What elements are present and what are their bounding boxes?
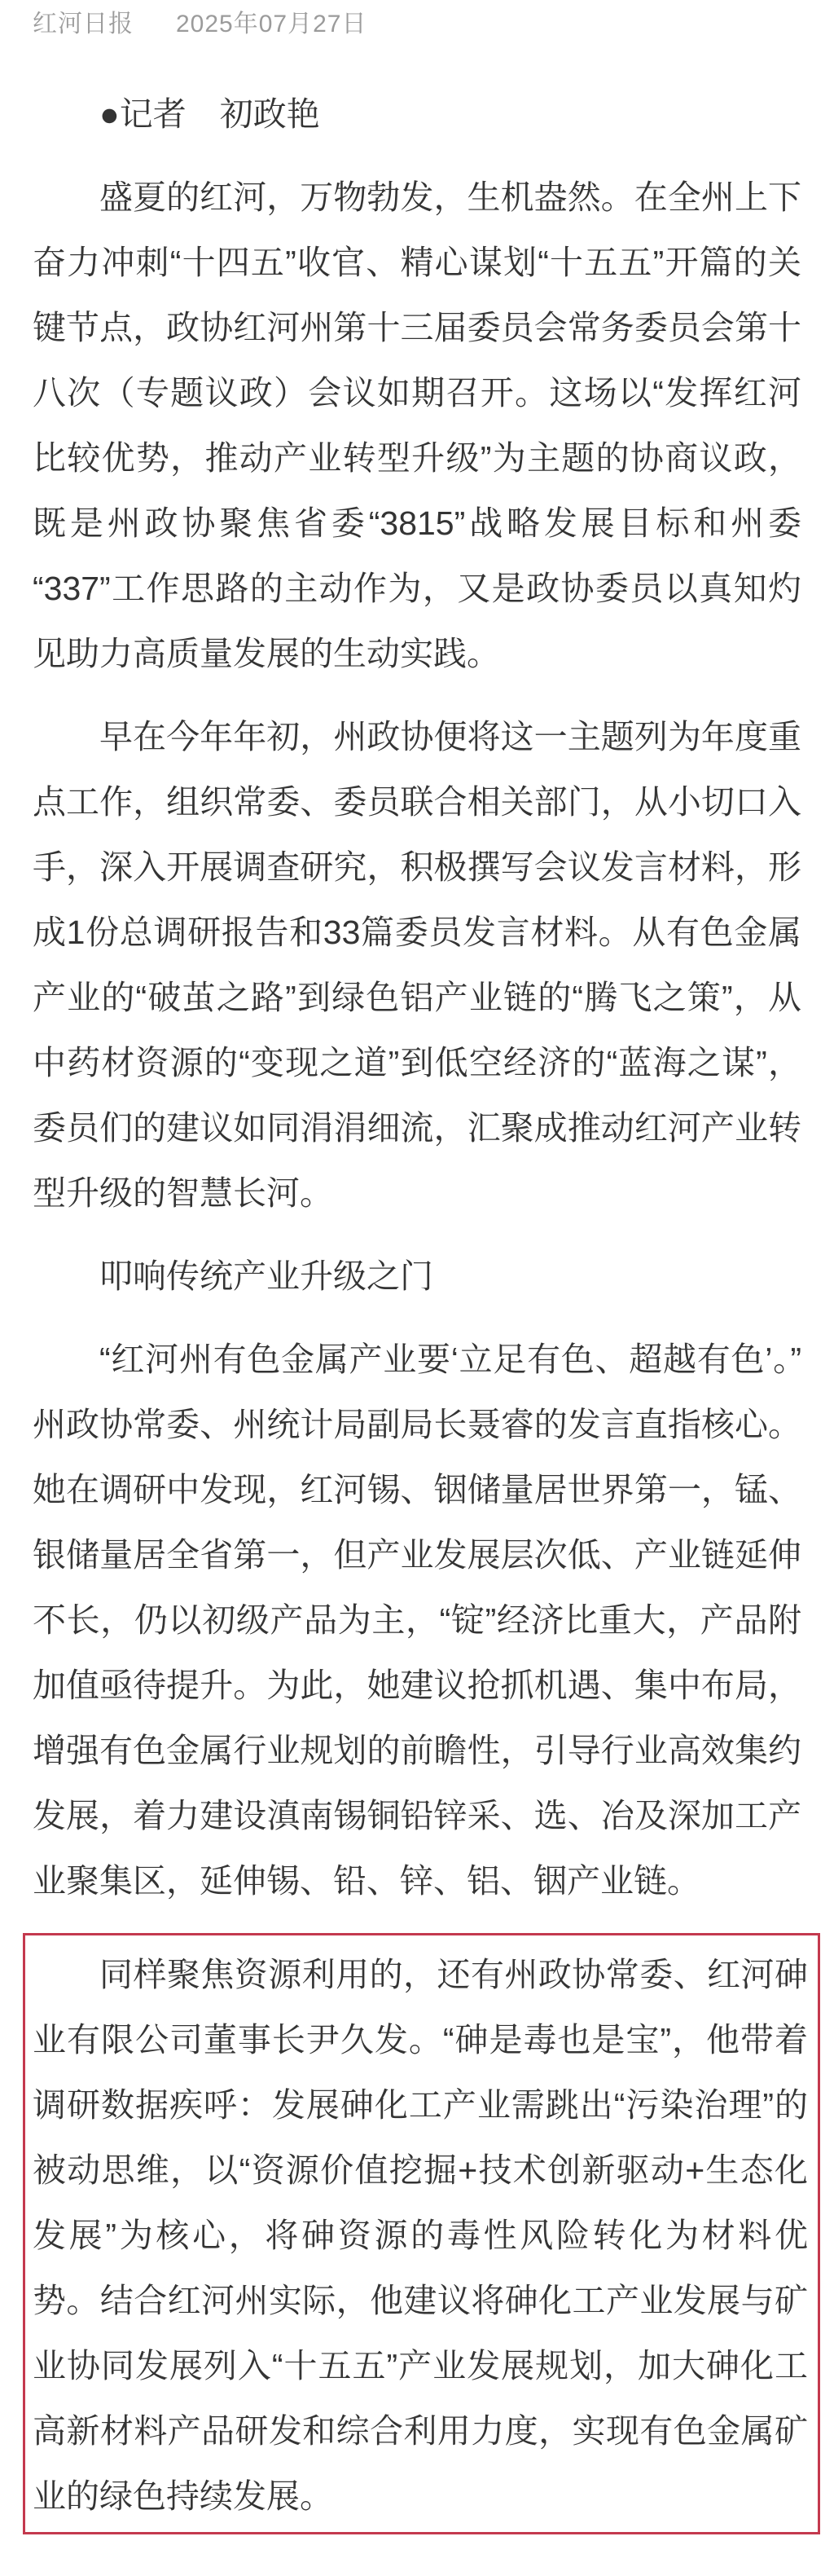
source-name: 红河日报 <box>33 11 134 37</box>
paragraph-nonferrous-metals: “红河州有色金属产业要‘立足有色、超越有色’。”州政协常委、州统计局副局长聂睿的… <box>33 1327 801 1913</box>
byline: ●记者 初政艳 <box>33 81 801 147</box>
paragraph-preparation: 早在今年年初，州政协便将这一主题列为年度重点工作，组织常委、委员联合相关部门，从… <box>33 704 801 1226</box>
highlighted-paragraph-arsenic: 同样聚焦资源利用的，还有州政协常委、红河砷业有限公司董事长尹久发。“砷是毒也是宝… <box>33 1942 808 2529</box>
article-meta: 红河日报2025年07月27日 <box>0 7 834 42</box>
highlighted-paragraph-box: 同样聚焦资源利用的，还有州政协常委、红河砷业有限公司董事长尹久发。“砷是毒也是宝… <box>23 1933 820 2534</box>
article-page: 红河日报2025年07月27日 ●记者 初政艳 盛夏的红河，万物勃发，生机盎然。… <box>0 0 834 2576</box>
section-heading: 叩响传统产业升级之门 <box>33 1244 801 1309</box>
byline-label: 记者 初政艳 <box>120 95 320 133</box>
publish-date: 2025年07月27日 <box>176 11 367 37</box>
byline-bullet-icon: ● <box>99 95 120 133</box>
paragraph-intro: 盛夏的红河，万物勃发，生机盎然。在全州上下奋力冲刺“十四五”收官、精心谋划“十五… <box>33 165 801 686</box>
